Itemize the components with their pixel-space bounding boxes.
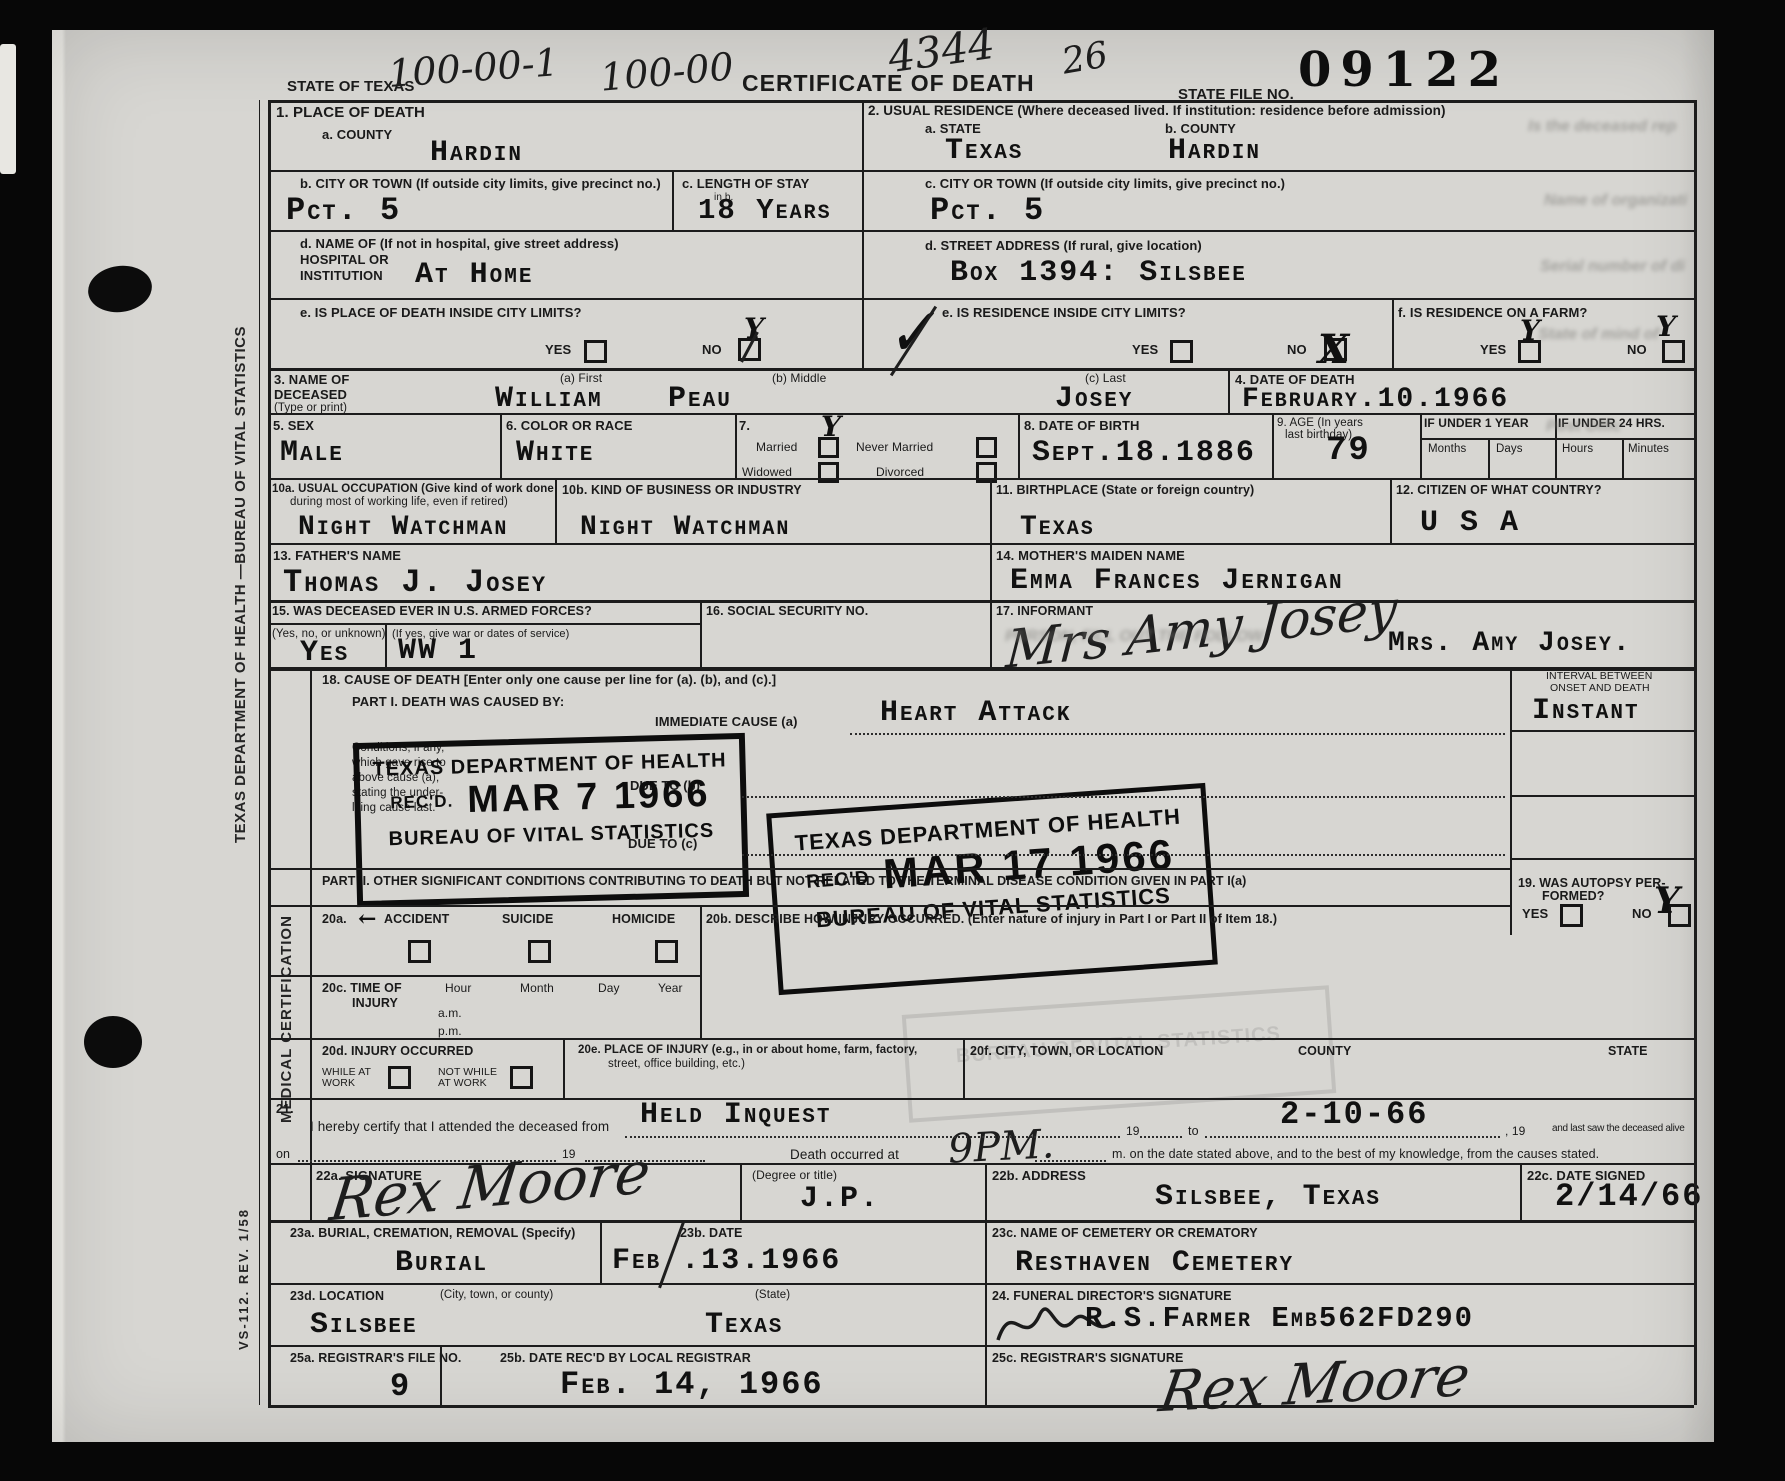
- s7-never-married-label: Never Married: [856, 440, 933, 454]
- s10a-label1: 10a. USUAL OCCUPATION (Give kind of work…: [272, 483, 554, 495]
- s1-institution-label3: INSTITUTION: [300, 268, 383, 283]
- rule-line: [268, 298, 1694, 300]
- rule-line: [1694, 100, 1697, 1405]
- rule-line: [268, 543, 1694, 545]
- dotted-rule: [298, 1160, 556, 1162]
- rule-line: [985, 1163, 987, 1220]
- s18-part1: PART I. DEATH WAS CAUSED BY:: [352, 694, 564, 709]
- certificate-title: CERTIFICATE OF DEATH: [742, 70, 1035, 97]
- s2-state-value: Texas: [945, 134, 1023, 168]
- s25b-label: 25b. DATE REC'D BY LOCAL REGISTRAR: [500, 1351, 751, 1365]
- rule-line: [740, 1163, 742, 1220]
- s1-stay-value: 18 Years: [698, 194, 832, 227]
- s17-informant-typed: Mrs. Amy Josey.: [1388, 628, 1632, 659]
- rule-line: [563, 1038, 565, 1098]
- s2-citylimits-yes-label: YES: [1132, 342, 1158, 357]
- s13-value: Thomas J. Josey: [283, 564, 547, 601]
- s13-label: 13. FATHER'S NAME: [273, 548, 401, 563]
- s20e-label1: 20e. PLACE OF INJURY (e.g., in or about …: [578, 1044, 917, 1056]
- s20c-day-label: Day: [598, 981, 620, 995]
- s20e-label2: street, office building, etc.): [608, 1058, 745, 1070]
- s20c-year-label: Year: [658, 981, 683, 995]
- rule-line: [735, 413, 737, 478]
- dotted-rule: [742, 854, 1505, 856]
- s9-under1-label: IF UNDER 1 YEAR: [1424, 416, 1529, 430]
- margin-medical-certification-text: MEDICAL CERTIFICATION: [278, 843, 295, 1123]
- margin-form-number: VS-112. REV. 1/58: [236, 1095, 251, 1350]
- bleed-through-text: State of mind of: [1538, 326, 1659, 344]
- rule-line: [268, 100, 271, 1405]
- s20f-label: 20f. CITY, TOWN, OR LOCATION: [970, 1044, 1163, 1058]
- rule-line: [963, 1038, 965, 1098]
- s23c-label: 23c. NAME OF CEMETERY OR CREMATORY: [992, 1226, 1258, 1240]
- s12-label: 12. CITIZEN OF WHAT COUNTRY?: [1396, 483, 1602, 497]
- s20a-accident-label: ACCIDENT: [384, 912, 449, 926]
- s19-yes-label: YES: [1522, 906, 1548, 921]
- s4-value: February.10.1966: [1242, 384, 1509, 415]
- rule-line: [1510, 795, 1694, 797]
- s19-label2: FORMED?: [1542, 889, 1605, 903]
- s2-farm-yes-label: YES: [1480, 342, 1506, 357]
- s2-citylimits-yes-checkbox: [1170, 340, 1193, 363]
- s10a-value: Night Watchman: [298, 512, 508, 543]
- s20c-am-label: a.m.: [438, 1006, 462, 1020]
- rule-line: [259, 100, 260, 1405]
- paper-scrap-edge: [0, 44, 16, 174]
- rule-line: [268, 667, 1694, 671]
- rule-line: [1510, 858, 1694, 860]
- s7-never-married-checkbox: [976, 437, 997, 458]
- s18-interval-value: Instant: [1532, 694, 1640, 728]
- s3-middle-value: Peau: [668, 382, 732, 416]
- rule-line: [862, 100, 864, 368]
- stamp1-bureau: BUREAU OF VITAL STATISTICS: [361, 819, 741, 852]
- s8-value: Sept.18.1886: [1032, 436, 1256, 470]
- s1-citylimits-yes-checkbox: [584, 340, 607, 363]
- rule-line: [268, 478, 1694, 480]
- s10a-label2: during most of working life, even if ret…: [290, 496, 508, 508]
- s2-citylimits-label: e. IS RESIDENCE INSIDE CITY LIMITS?: [942, 305, 1186, 320]
- s1-title: 1. PLACE OF DEATH: [276, 104, 425, 121]
- rule-line: [268, 413, 1694, 415]
- rule-line: [1510, 730, 1694, 732]
- s9-minutes-label: Minutes: [1628, 443, 1669, 455]
- s1-citylimits-label: e. IS PLACE OF DEATH INSIDE CITY LIMITS?: [300, 305, 582, 320]
- s11-label: 11. BIRTHPLACE (State or foreign country…: [996, 483, 1254, 497]
- bleed-through-text: PERSON, FILL OUT THE FOLLOW: [1005, 628, 1263, 646]
- s6-label: 6. COLOR OR RACE: [506, 418, 633, 433]
- rule-line: [1520, 1163, 1522, 1220]
- s1-county-value: Hardin: [430, 136, 523, 170]
- s2-citylimits-no-mark: X: [1318, 326, 1349, 373]
- received-stamp-mar-7: TEXAS DEPARTMENT OF HEALTH REC'D.MAR 7 1…: [353, 733, 749, 907]
- state-file-number-stamp: 09122: [1298, 42, 1510, 98]
- s2-farm-no-checkbox: [1662, 340, 1685, 363]
- rule-line: [268, 1038, 1694, 1040]
- rule-line: [1392, 298, 1394, 368]
- rule-line: [268, 1220, 1694, 1223]
- s7-married-label: Married: [756, 440, 797, 454]
- s9-days-label: Days: [1496, 443, 1523, 455]
- s2-farm-yes-mark: Y: [1520, 314, 1540, 347]
- rule-line: [268, 600, 1694, 603]
- s20f-county-label: COUNTY: [1298, 1044, 1351, 1058]
- s2-county-value: Hardin: [1168, 134, 1261, 168]
- s8-label: 8. DATE OF BIRTH: [1024, 418, 1139, 433]
- s21-time-value: 9PM.: [947, 1121, 1055, 1172]
- s21-year2-label: , 19: [1505, 1124, 1525, 1138]
- s3-middle-label: (b) Middle: [772, 371, 826, 385]
- s3-last-value: Josey: [1055, 382, 1133, 416]
- rule-line: [1390, 478, 1392, 543]
- s20d-label: 20d. INJURY OCCURRED: [322, 1044, 473, 1058]
- rule-line: [268, 100, 1694, 103]
- rule-line: [1420, 438, 1694, 440]
- s12-value: U S A: [1420, 506, 1520, 540]
- s24-value: R.S.Farmer Emb562FD290: [1085, 1302, 1474, 1335]
- rule-line: [268, 230, 1694, 232]
- stamp1-recd: REC'D.: [390, 792, 453, 813]
- s14-label: 14. MOTHER'S MAIDEN NAME: [996, 548, 1185, 563]
- rule-line: [268, 1283, 1694, 1285]
- rule-line: [672, 170, 674, 230]
- s5-label: 5. SEX: [273, 418, 314, 433]
- bleed-through-text: Name of organizati: [1544, 192, 1687, 210]
- s7-divorced-label: Divorced: [876, 465, 924, 479]
- s20c-label2: INJURY: [352, 996, 398, 1010]
- bleed-through-text: Post Offic: [1546, 418, 1621, 436]
- s20d-notwhile-label2: AT WORK: [438, 1077, 487, 1089]
- s19-yes-checkbox: [1560, 904, 1583, 927]
- dotted-rule: [850, 733, 1505, 735]
- dotted-rule: [585, 1160, 705, 1162]
- s23d-value: Silsbee: [310, 1308, 418, 1342]
- s22c-value: 2/14/66: [1555, 1178, 1703, 1215]
- s23d-state-sublabel: (State): [755, 1289, 790, 1301]
- s23d-label: 23d. LOCATION: [290, 1289, 384, 1303]
- s23c-value: Resthaven Cemetery: [1015, 1246, 1294, 1280]
- rule-line: [385, 623, 387, 667]
- s25c-label: 25c. REGISTRAR'S SIGNATURE: [992, 1351, 1184, 1365]
- s15-label: 15. WAS DECEASED EVER IN U.S. ARMED FORC…: [272, 604, 592, 618]
- s1-institution-label1: d. NAME OF (If not in hospital, give str…: [300, 236, 619, 251]
- s7-widowed-label: Widowed: [742, 465, 792, 479]
- s20a-homicide-label: HOMICIDE: [612, 912, 675, 926]
- s3-title1: 3. NAME OF: [274, 372, 349, 387]
- rule-line: [1018, 413, 1020, 478]
- s1-stay-label: c. LENGTH OF STAY: [682, 176, 809, 191]
- s18-cause-value: Heart Attack: [880, 696, 1071, 730]
- s19-no-label: NO: [1632, 906, 1652, 921]
- rule-line: [1228, 368, 1230, 413]
- s23d-sublabel: (City, town, or county): [440, 1289, 553, 1301]
- s20c-hour-label: Hour: [445, 981, 471, 995]
- s1-citylimits-yes-label: YES: [545, 342, 571, 357]
- s9-label1: 9. AGE (In years: [1277, 417, 1363, 429]
- s20a-label: 20a.: [322, 912, 347, 926]
- rule-line: [268, 368, 1694, 371]
- margin-agency-text: TEXAS DEPARTMENT OF HEALTH —BUREAU OF VI…: [232, 268, 249, 843]
- s21-held-inquest-value: Held Inquest: [640, 1098, 831, 1132]
- s20d-whileat-label2: WORK: [322, 1077, 355, 1089]
- s7-label: 7.: [739, 418, 750, 433]
- s2-farm-no-mark: Y: [1656, 310, 1676, 343]
- rule-line: [700, 905, 702, 1038]
- s11-value: Texas: [1020, 512, 1095, 543]
- scanned-death-certificate: { "header": { "state_label": "STATE OF T…: [0, 0, 1785, 1481]
- s2-street-value: Box 1394: Silsbee: [950, 256, 1247, 290]
- s21-certify-text: I hereby certify that I attended the dec…: [310, 1119, 609, 1134]
- s9-hours-label: Hours: [1562, 443, 1593, 455]
- s2-farm-label: f. IS RESIDENCE ON A FARM?: [1398, 305, 1587, 320]
- s25a-label: 25a. REGISTRAR'S FILE NO.: [290, 1351, 461, 1365]
- s22a-degree-value: J.P.: [800, 1182, 880, 1216]
- s23a-label: 23a. BURIAL, CREMATION, REMOVAL (Specify…: [290, 1226, 575, 1240]
- s1-county-label: a. COUNTY: [322, 127, 392, 142]
- s23b-value: Feb .13.1966: [612, 1244, 841, 1278]
- s18-immediate-label: IMMEDIATE CAUSE (a): [655, 714, 798, 729]
- s9-months-label: Months: [1428, 443, 1466, 455]
- s20f-state-label: STATE: [1608, 1044, 1648, 1058]
- s21-year1-label: 19: [1126, 1124, 1140, 1138]
- s1-city-label: b. CITY OR TOWN (If outside city limits,…: [300, 176, 661, 191]
- s18-interval-label2: ONSET AND DEATH: [1550, 682, 1650, 694]
- s18-interval-label1: INTERVAL BETWEEN: [1546, 670, 1652, 682]
- s10b-label: 10b. KIND OF BUSINESS OR INDUSTRY: [562, 483, 802, 497]
- s10b-value: Night Watchman: [580, 512, 790, 543]
- s2-title: 2. USUAL RESIDENCE (Where deceased lived…: [868, 103, 1446, 118]
- dotted-rule: [742, 796, 1505, 798]
- stamp1-date: MAR 7 1966: [467, 773, 711, 821]
- s22a-degree-label: (Degree or title): [752, 1168, 837, 1182]
- s20c-month-label: Month: [520, 981, 554, 995]
- s23d-state-value: Texas: [705, 1308, 783, 1342]
- s9-value: 79: [1326, 432, 1371, 470]
- rule-line: [500, 413, 502, 478]
- rule-line: [700, 600, 702, 667]
- s22b-value: Silsbee, Texas: [1155, 1180, 1381, 1214]
- s20a-suicide-checkbox: [528, 940, 551, 963]
- rule-line: [268, 1163, 1694, 1165]
- rule-line: [555, 478, 557, 543]
- s1-city-value: Pct. 5: [286, 192, 401, 229]
- s20b-label: 20b. DESCRIBE HOW INJURY OCCURRED. (Ente…: [706, 912, 1277, 926]
- rule-line: [268, 623, 700, 625]
- s23b-label: 23b. DATE: [680, 1226, 743, 1240]
- s15-value1: Yes: [300, 636, 349, 670]
- dotted-rule: [1205, 1136, 1500, 1138]
- stamp2-recd: REC'D: [806, 868, 871, 893]
- s2-handwritten-checkmark: ✓: [881, 293, 940, 371]
- s20a-arrow-mark: ←: [358, 906, 376, 932]
- punch-hole-bottom: [84, 1016, 142, 1068]
- received-stamp-mar-17: TEXAS DEPARTMENT OF HEALTH REC'DMAR 17 1…: [766, 783, 1218, 995]
- dotted-rule: [1035, 1160, 1106, 1162]
- s21-on-label: on: [276, 1147, 290, 1161]
- s20c-pm-label: p.m.: [438, 1024, 462, 1038]
- s22b-label: 22b. ADDRESS: [992, 1168, 1086, 1183]
- rule-line: [990, 478, 992, 667]
- s3-first-value: William: [495, 382, 603, 416]
- rule-line: [268, 1405, 1694, 1408]
- s19-no-mark: Y: [1654, 880, 1680, 922]
- rule-line: [1622, 438, 1624, 478]
- rule-line: [440, 1345, 442, 1405]
- s21-number: 21.: [276, 1102, 294, 1116]
- s20a-homicide-checkbox: [655, 940, 678, 963]
- rule-line: [310, 667, 312, 1220]
- s16-label: 16. SOCIAL SECURITY NO.: [706, 604, 868, 618]
- s6-value: White: [516, 436, 594, 470]
- s2-city-value: Pct. 5: [930, 192, 1045, 229]
- rule-line: [1272, 413, 1274, 478]
- bleed-through-text: Is the deceased rep: [1528, 118, 1677, 136]
- rule-line: [268, 1345, 1694, 1347]
- s23a-value: Burial: [395, 1246, 488, 1280]
- s2-farm-no-label: NO: [1627, 342, 1647, 357]
- s2-citylimits-no-label: NO: [1287, 342, 1307, 357]
- s21-to-label: to: [1188, 1124, 1199, 1138]
- s1-institution-label2: HOSPITAL OR: [300, 252, 389, 267]
- s20c-label1: 20c. TIME OF: [322, 981, 402, 995]
- rule-line: [268, 170, 1694, 172]
- rule-line: [985, 1220, 987, 1405]
- s3-title2: DECEASED: [274, 387, 347, 402]
- s1-citylimits-no-label: NO: [702, 342, 722, 357]
- rule-line: [1510, 667, 1512, 935]
- s21-causes-text: m. on the date stated above, and to the …: [1112, 1147, 1599, 1161]
- s25a-value: 9: [390, 1368, 411, 1405]
- s21-date-value: 2-10-66: [1280, 1096, 1428, 1133]
- s2-street-label: d. STREET ADDRESS (If rural, give locati…: [925, 238, 1202, 253]
- s25b-value: Feb. 14, 1966: [560, 1366, 824, 1403]
- s20d-notwhile-checkbox: [510, 1066, 533, 1089]
- bleed-through-text: Serial number of di: [1540, 258, 1685, 276]
- rule-line: [1420, 413, 1422, 478]
- rule-line: [268, 868, 1510, 870]
- s20d-whileat-checkbox: [388, 1066, 411, 1089]
- s15-value2: WW 1: [398, 634, 478, 668]
- handwritten-number-2: 26: [1059, 34, 1111, 82]
- rule-line: [1488, 438, 1490, 478]
- dotted-rule: [1140, 1136, 1182, 1138]
- s1-institution-value: At Home: [415, 258, 533, 292]
- dotted-rule: [625, 1136, 1120, 1138]
- s21-lastsaw-text: and last saw the deceased alive: [1552, 1123, 1684, 1134]
- rule-line: [268, 975, 700, 977]
- s18-label: 18. CAUSE OF DEATH [Enter only one cause…: [322, 672, 776, 687]
- rule-line: [268, 1098, 1694, 1100]
- rule-line: [600, 1220, 602, 1283]
- s19-label1: 19. WAS AUTOPSY PER-: [1518, 876, 1666, 890]
- s5-value: Male: [280, 436, 344, 470]
- rule-line: [268, 905, 1510, 907]
- s2-city-label: c. CITY OR TOWN (If outside city limits,…: [925, 176, 1285, 191]
- s21-death-occurred-label: Death occurred at: [790, 1147, 899, 1162]
- s20a-suicide-label: SUICIDE: [502, 912, 553, 926]
- s20a-accident-checkbox: [408, 940, 431, 963]
